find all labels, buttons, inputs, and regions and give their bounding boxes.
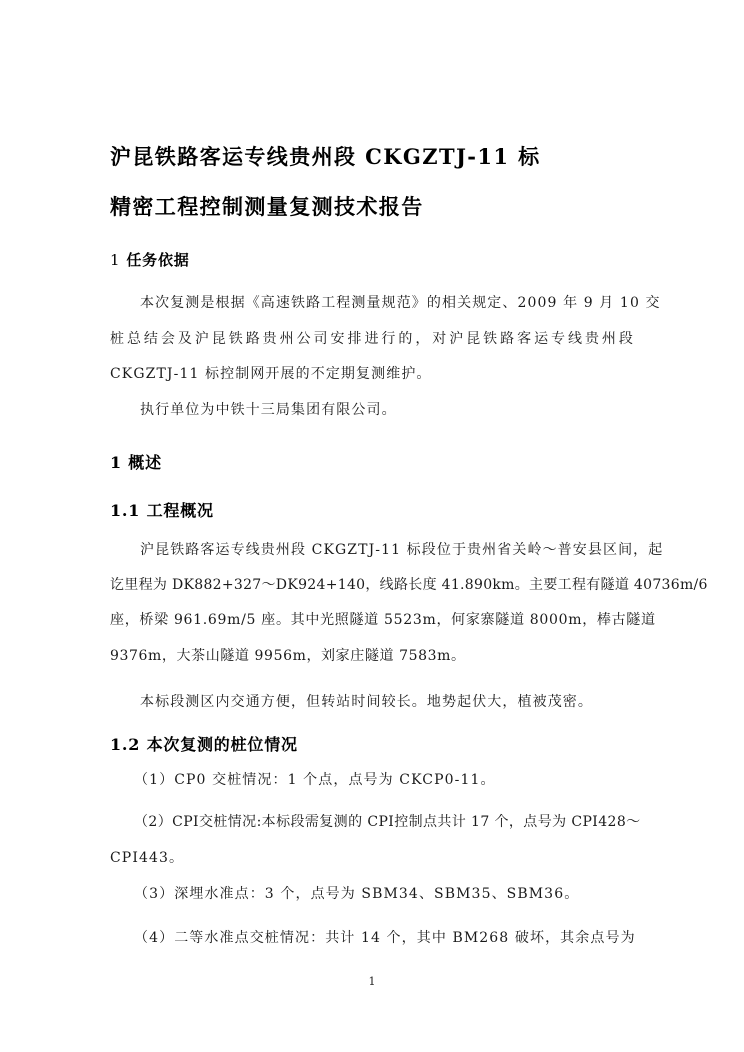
section-heading-overview: 1 概述 — [110, 452, 162, 474]
paragraph-line: 9376m，大茶山隧道 9956m，刘家庄隧道 7583m。 — [110, 646, 634, 666]
page-number: 1 — [367, 975, 377, 988]
section-heading-task-basis: 1 任务依据 — [110, 250, 190, 270]
paragraph-line: 执行单位为中铁十三局集团有限公司。 — [140, 400, 664, 420]
paragraph-line: 本次复测是根据《高速铁路工程测量规范》的相关规定、2009 年 9 月 10 交 — [140, 293, 634, 313]
document-page: 沪昆铁路客运专线贵州段 CKGZTJ-11 标 精密工程控制测量复测技术报告 1… — [0, 0, 744, 1052]
list-item: （2）CPⅠ交桩情况:本标段需复测的 CPⅠ控制点共计 17 个，点号为 CPⅠ… — [134, 812, 634, 832]
paragraph-line: 沪昆铁路客运专线贵州段 CKGZTJ-11 标段位于贵州省关岭～普安县区间，起 — [140, 540, 634, 560]
paragraph-line: 座，桥梁 961.69m/5 座。其中光照隧道 5523m，何家寨隧道 8000… — [110, 610, 634, 630]
list-item: （1）CP0 交桩情况：1 个点，点号为 CKCP0-11。 — [134, 770, 658, 790]
report-title-line-2: 精密工程控制测量复测技术报告 — [110, 193, 424, 221]
report-title-line-1: 沪昆铁路客运专线贵州段 CKGZTJ-11 标 — [110, 143, 541, 171]
list-item: （4）二等水准点交桩情况：共计 14 个，其中 BM268 破坏，其余点号为 — [134, 928, 634, 948]
paragraph-line: 桩总结会及沪昆铁路贵州公司安排进行的，对沪昆铁路客运专线贵州段 — [110, 329, 634, 349]
paragraph-line: 讫里程为 DK882+327～DK924+140，线路长度 41.890km。主… — [110, 575, 634, 595]
section-title: 任务依据 — [126, 251, 189, 269]
paragraph-line: CKGZTJ-11 标控制网开展的不定期复测维护。 — [110, 364, 634, 384]
list-item-continuation: CPⅠ443。 — [110, 848, 634, 868]
subsection-heading-project-overview: 1.1 工程概况 — [110, 500, 214, 522]
list-item: （3）深埋水准点：3 个，点号为 SBM34、SBM35、SBM36。 — [134, 884, 658, 904]
subsection-heading-pile-status: 1.2 本次复测的桩位情况 — [110, 734, 298, 756]
section-number: 1 — [110, 251, 120, 269]
paragraph-line: 本标段测区内交通方便，但转站时间较长。地势起伏大，植被茂密。 — [140, 692, 664, 712]
